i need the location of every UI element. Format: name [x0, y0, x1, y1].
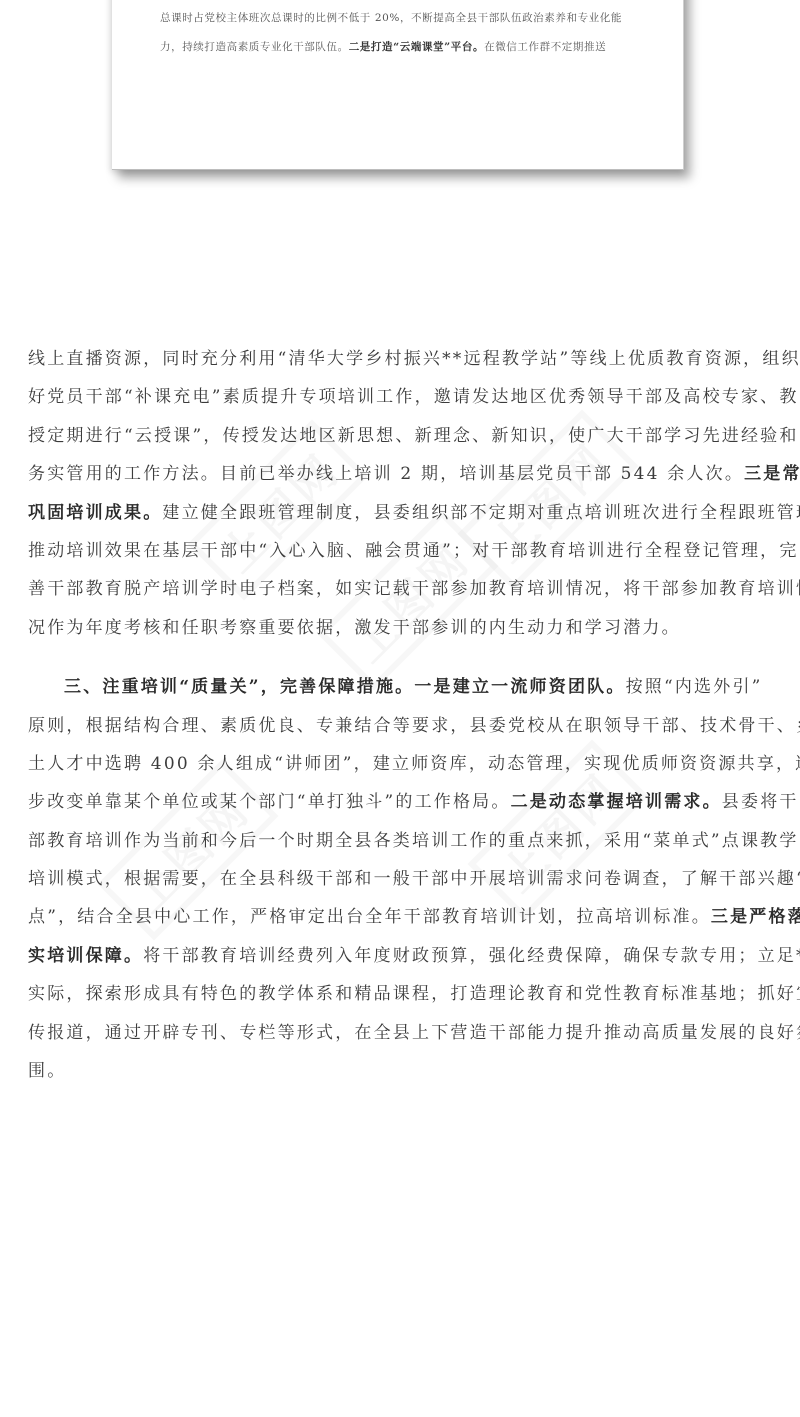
card-line: 力，持续打造高素质专业化干部队伍。二是打造“云端课堂”平台。在微信工作群不定期推…	[160, 33, 635, 62]
text-line: 线上直播资源，同时充分利用“清华大学乡村振兴**远程教学站”等线上优质教育资源，…	[28, 340, 776, 378]
page-preview-card: 总课时占党校主体班次总课时的比例不低于 20%，不断提高全县干部队伍政治素养和专…	[112, 0, 684, 170]
line-text: 况作为年度考核和任职考察重要依据，激发干部参训的内生动力和学习潜力。	[28, 618, 681, 638]
paragraph-quality-assurance: 三、注重培训“质量关”，完善保障措施。一是建立一流师资团队。按照“内选外引” 原…	[28, 668, 776, 1090]
line-bold-text: 巩固培训成果。	[28, 503, 162, 523]
text-line: 好党员干部“补课充电”素质提升专项培训工作，邀请发达地区优秀领导干部及高校专家、…	[28, 378, 776, 416]
line-text: 土人才中选聘 400 余人组成“讲师团”，建立师资库，动态管理，实现优质师资资源…	[28, 754, 800, 774]
paragraph-training-results: 线上直播资源，同时充分利用“清华大学乡村振兴**远程教学站”等线上优质教育资源，…	[28, 340, 776, 647]
text-line: 点”，结合全县中心工作，严格审定出台全年干部教育培训计划，拉高培训标准。三是严格…	[28, 898, 776, 936]
line-text: 务实管用的工作方法。目前已举办线上培训 2 期，培训基层党员干部 544 余人次…	[28, 464, 744, 484]
card-line-text: 在微信工作群不定期推送	[484, 41, 606, 53]
line-text: 实际，探索形成具有特色的教学体系和精品课程，打造理论教育和党性教育标准基地；抓好…	[28, 984, 800, 1004]
text-line: 善干部教育脱产培训学时电子档案，如实记载干部参加教育培训情况，将干部参加教育培训…	[28, 570, 776, 608]
line-bold-text: 三是严格落	[711, 907, 800, 927]
line-text: 培训模式，根据需要，在全县科级干部和一般干部中开展培训需求问卷调查，了解干部兴趣…	[28, 869, 800, 889]
text-line: 实际，探索形成具有特色的教学体系和精品课程，打造理论教育和党性教育标准基地；抓好…	[28, 975, 776, 1013]
line-text: 原则，根据结构合理、素质优良、专兼结合等要求，县委党校从在职领导干部、技术骨干、…	[28, 716, 800, 736]
line-text: 点”，结合全县中心工作，严格审定出台全年干部教育培训计划，拉高培训标准。	[28, 907, 711, 927]
line-bold-text: 三是常态化	[744, 464, 800, 484]
text-line: 传报道，通过开辟专刊、专栏等形式，在全县上下营造干部能力提升推动高质量发展的良好…	[28, 1014, 776, 1052]
line-bold-text: 二是动态掌握培训需求。	[511, 792, 722, 812]
line-text: 传报道，通过开辟专刊、专栏等形式，在全县上下营造干部能力提升推动高质量发展的良好…	[28, 1023, 800, 1043]
card-line-text: 力，持续打造高素质专业化干部队伍。	[160, 41, 349, 53]
line-text: 按照“内选外引”	[626, 677, 763, 697]
text-line: 步改变单靠某个单位或某个部门“单打独斗”的工作格局。二是动态掌握培训需求。县委将…	[28, 783, 776, 821]
line-text: 将干部教育培训经费列入年度财政预算，强化经费保障，确保专款专用；立足**	[143, 946, 800, 966]
text-line: 土人才中选聘 400 余人组成“讲师团”，建立师资库，动态管理，实现优质师资资源…	[28, 745, 776, 783]
line-text: 线上直播资源，同时充分利用“清华大学乡村振兴**远程教学站”等线上优质教育资源，…	[28, 349, 800, 369]
section-heading: 三、注重培训“质量关”，完善保障措施。一是建立一流师资团队。	[64, 677, 626, 697]
text-line: 务实管用的工作方法。目前已举办线上培训 2 期，培训基层党员干部 544 余人次…	[28, 455, 776, 493]
line-text: 善干部教育脱产培训学时电子档案，如实记载干部参加教育培训情况，将干部参加教育培训…	[28, 579, 800, 599]
text-line: 围。	[28, 1052, 776, 1090]
line-bold-text: 实培训保障。	[28, 946, 143, 966]
card-line: 总课时占党校主体班次总课时的比例不低于 20%，不断提高全县干部队伍政治素养和专…	[160, 4, 635, 33]
paragraph-gap	[28, 647, 776, 668]
card-line-bold-text: 二是打造“云端课堂”平台。	[349, 41, 484, 53]
text-line: 实培训保障。将干部教育培训经费列入年度财政预算，强化经费保障，确保专款专用；立足…	[28, 937, 776, 975]
text-line: 原则，根据结构合理、素质优良、专兼结合等要求，县委党校从在职领导干部、技术骨干、…	[28, 707, 776, 745]
text-line: 推动培训效果在基层干部中“入心入脑、融会贯通”；对干部教育培训进行全程登记管理，…	[28, 532, 776, 570]
text-line: 培训模式，根据需要，在全县科级干部和一般干部中开展培训需求问卷调查，了解干部兴趣…	[28, 860, 776, 898]
line-text: 授定期进行“云授课”，传授发达地区新思想、新理念、新知识，使广大干部学习先进经验…	[28, 426, 799, 446]
text-line: 况作为年度考核和任职考察重要依据，激发干部参训的内生动力和学习潜力。	[28, 609, 776, 647]
text-line: 部教育培训作为当前和今后一个时期全县各类培训工作的重点来抓，采用“菜单式”点课教…	[28, 822, 776, 860]
line-text: 推动培训效果在基层干部中“入心入脑、融会贯通”；对干部教育培训进行全程登记管理，…	[28, 541, 799, 561]
line-text: 围。	[28, 1061, 66, 1081]
document-body: 线上直播资源，同时充分利用“清华大学乡村振兴**远程教学站”等线上优质教育资源，…	[28, 340, 776, 1090]
line-text: 县委将干	[722, 792, 799, 812]
text-line: 巩固培训成果。建立健全跟班管理制度，县委组织部不定期对重点培训班次进行全程跟班管…	[28, 494, 776, 532]
line-text: 建立健全跟班管理制度，县委组织部不定期对重点培训班次进行全程跟班管理，	[162, 503, 800, 523]
line-text: 步改变单靠某个单位或某个部门“单打独斗”的工作格局。	[28, 792, 511, 812]
text-line: 授定期进行“云授课”，传授发达地区新思想、新理念、新知识，使广大干部学习先进经验…	[28, 417, 776, 455]
card-line-text: 总课时占党校主体班次总课时的比例不低于 20%，不断提高全县干部队伍政治素养和专…	[160, 12, 622, 24]
page-preview-text: 总课时占党校主体班次总课时的比例不低于 20%，不断提高全县干部队伍政治素养和专…	[160, 4, 635, 62]
line-text: 部教育培训作为当前和今后一个时期全县各类培训工作的重点来抓，采用“菜单式”点课教…	[28, 831, 799, 851]
line-text: 好党员干部“补课充电”素质提升专项培训工作，邀请发达地区优秀领导干部及高校专家、…	[28, 387, 799, 407]
section-heading-line: 三、注重培训“质量关”，完善保障措施。一是建立一流师资团队。按照“内选外引”	[28, 668, 776, 706]
